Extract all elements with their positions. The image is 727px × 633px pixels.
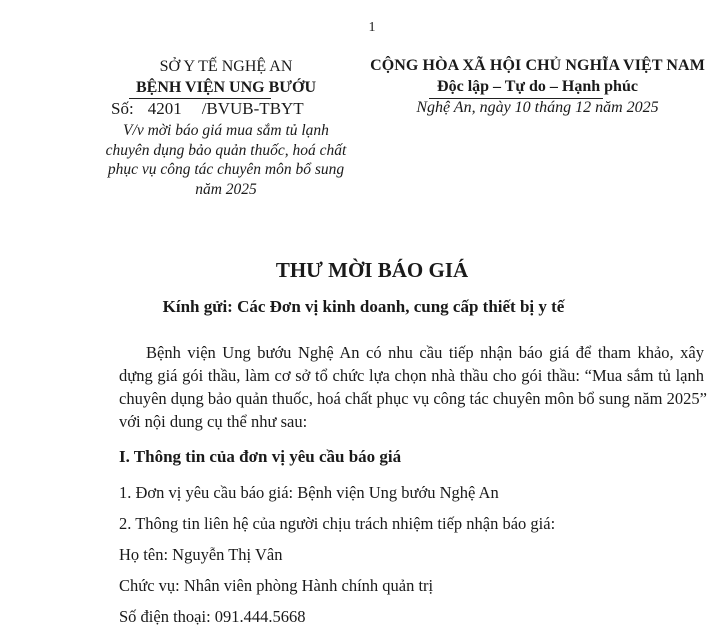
department-name: SỞ Y TẾ NGHỆ AN bbox=[96, 58, 356, 76]
section-heading: I. Thông tin của đơn vị yêu cầu báo giá bbox=[119, 447, 401, 467]
paragraph-line: với nội dung cụ thể như sau: bbox=[119, 410, 704, 433]
document-number-value: 4201 bbox=[148, 99, 182, 119]
national-motto: Độc lập – Tự do – Hạnh phúc bbox=[350, 78, 725, 96]
paragraph-line: Bệnh viện Ung bướu Nghệ An có nhu cầu ti… bbox=[119, 341, 704, 364]
paragraph-line: dựng giá gói thầu, làm cơ sở tổ chức lựa… bbox=[119, 364, 704, 387]
document-number-label: Số: bbox=[111, 99, 134, 119]
republic-name: CỘNG HÒA XÃ HỘI CHỦ NGHĨA VIỆT NAM bbox=[350, 57, 725, 75]
contact-position: Chức vụ: Nhân viên phòng Hành chính quản… bbox=[119, 576, 433, 596]
subject-line: V/v mời báo giá mua sắm tủ lạnh bbox=[96, 121, 356, 141]
contact-phone: Số điện thoại: 091.444.5668 bbox=[119, 607, 306, 627]
page-number: 1 bbox=[0, 20, 727, 36]
contact-name: Họ tên: Nguyễn Thị Vân bbox=[119, 545, 282, 565]
document-subject: V/v mời báo giá mua sắm tủ lạnh chuyên d… bbox=[96, 121, 356, 199]
subject-line: phục vụ công tác chuyên môn bổ sung bbox=[96, 160, 356, 180]
hospital-name: BỆNH VIỆN UNG BƯỚU bbox=[96, 79, 356, 97]
document-number: Số:4201/BVUB-TBYT bbox=[111, 99, 304, 119]
subject-line: năm 2025 bbox=[96, 180, 356, 200]
recipient-line: Kính gửi: Các Đơn vị kinh doanh, cung cấ… bbox=[0, 297, 727, 317]
place-and-date: Nghệ An, ngày 10 tháng 12 năm 2025 bbox=[350, 99, 725, 117]
document-number-suffix: /BVUB-TBYT bbox=[202, 99, 304, 119]
contact-info-label: 2. Thông tin liên hệ của người chịu trác… bbox=[119, 514, 555, 534]
requesting-unit: 1. Đơn vị yêu cầu báo giá: Bệnh viện Ung… bbox=[119, 483, 499, 503]
subject-line: chuyên dụng bảo quản thuốc, hoá chất bbox=[96, 141, 356, 161]
paragraph-line: chuyên dụng bảo quản thuốc, hoá chất phụ… bbox=[119, 387, 704, 410]
intro-paragraph: Bệnh viện Ung bướu Nghệ An có nhu cầu ti… bbox=[119, 341, 704, 433]
document-title: THƯ MỜI BÁO GIÁ bbox=[0, 258, 727, 283]
